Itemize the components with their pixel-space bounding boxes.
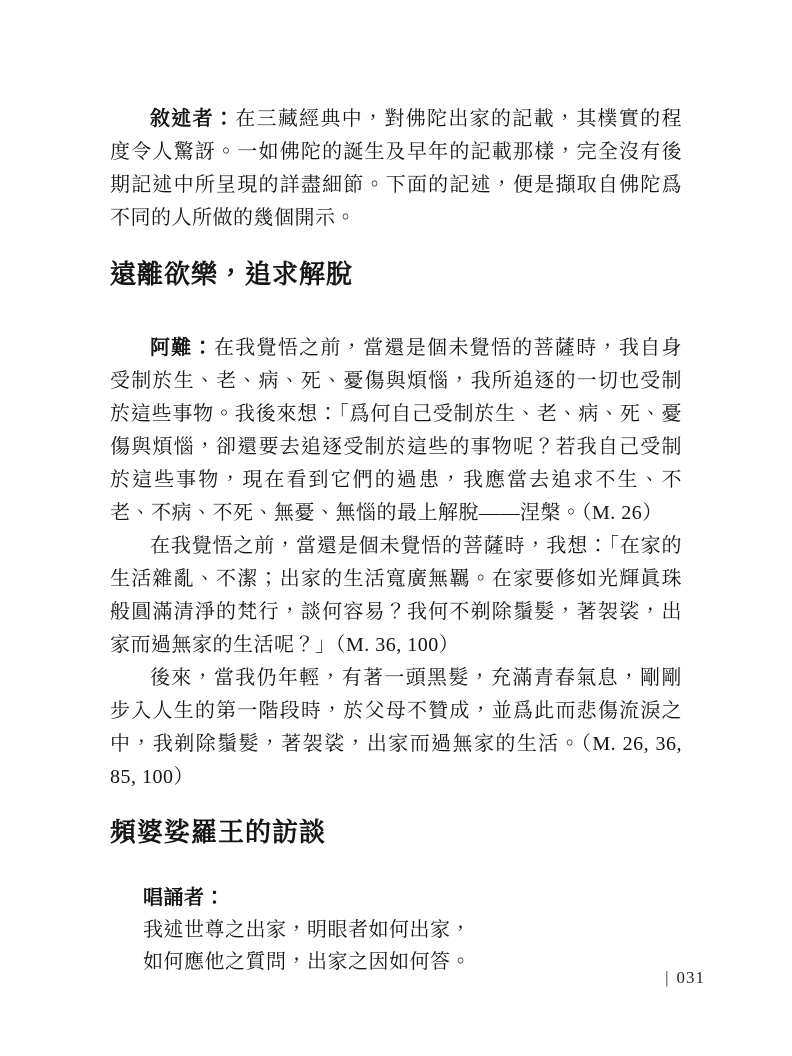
paragraph-ananda: 阿難：在我覺悟之前，當還是個未覺悟的菩薩時，我自身受制於生、老、病、死、憂傷與煩… <box>110 332 682 530</box>
speaker-label-narrator: 敘述者： <box>150 108 235 130</box>
paragraph-household-life: 在我覺悟之前，當還是個未覺悟的菩薩時，我想：「在家的生活雜亂、不潔；出家的生活寬… <box>110 530 682 662</box>
footer-divider: | <box>665 968 669 987</box>
book-page: 敘述者：在三藏經典中，對佛陀出家的記載，其樸實的程度令人驚訝。一如佛陀的誕生及早… <box>0 0 792 1056</box>
section-heading-bimbisara: 頻婆娑羅王的訪談 <box>110 815 682 851</box>
section-heading-renunciation: 遠離欲樂，追求解脫 <box>110 257 682 293</box>
paragraph-going-forth: 後來，當我仍年輕，有著一頭黑髮，充滿青春氣息，剛剛步入人生的第一階段時，於父母不… <box>110 662 682 794</box>
paragraph-narrator: 敘述者：在三藏經典中，對佛陀出家的記載，其樸實的程度令人驚訝。一如佛陀的誕生及早… <box>110 103 682 235</box>
page-footer: |031 <box>665 966 705 990</box>
page-body: 敘述者：在三藏經典中，對佛陀出家的記載，其樸實的程度令人驚訝。一如佛陀的誕生及早… <box>110 103 682 978</box>
verse-block: 唱誦者： 我述世尊之出家，明眼者如何出家， 如何應他之質問，出家之因如何答。 <box>143 882 682 978</box>
page-number: 031 <box>677 968 706 987</box>
speaker-label-ananda: 阿難： <box>150 337 214 359</box>
verse-line-1: 我述世尊之出家，明眼者如何出家， <box>143 914 682 946</box>
speaker-label-chanter: 唱誦者： <box>143 882 682 914</box>
paragraph-ananda-text: 在我覺悟之前，當還是個未覺悟的菩薩時，我自身受制於生、老、病、死、憂傷與煩惱，我… <box>110 337 682 524</box>
verse-line-2: 如何應他之質問，出家之因如何答。 <box>143 946 682 978</box>
